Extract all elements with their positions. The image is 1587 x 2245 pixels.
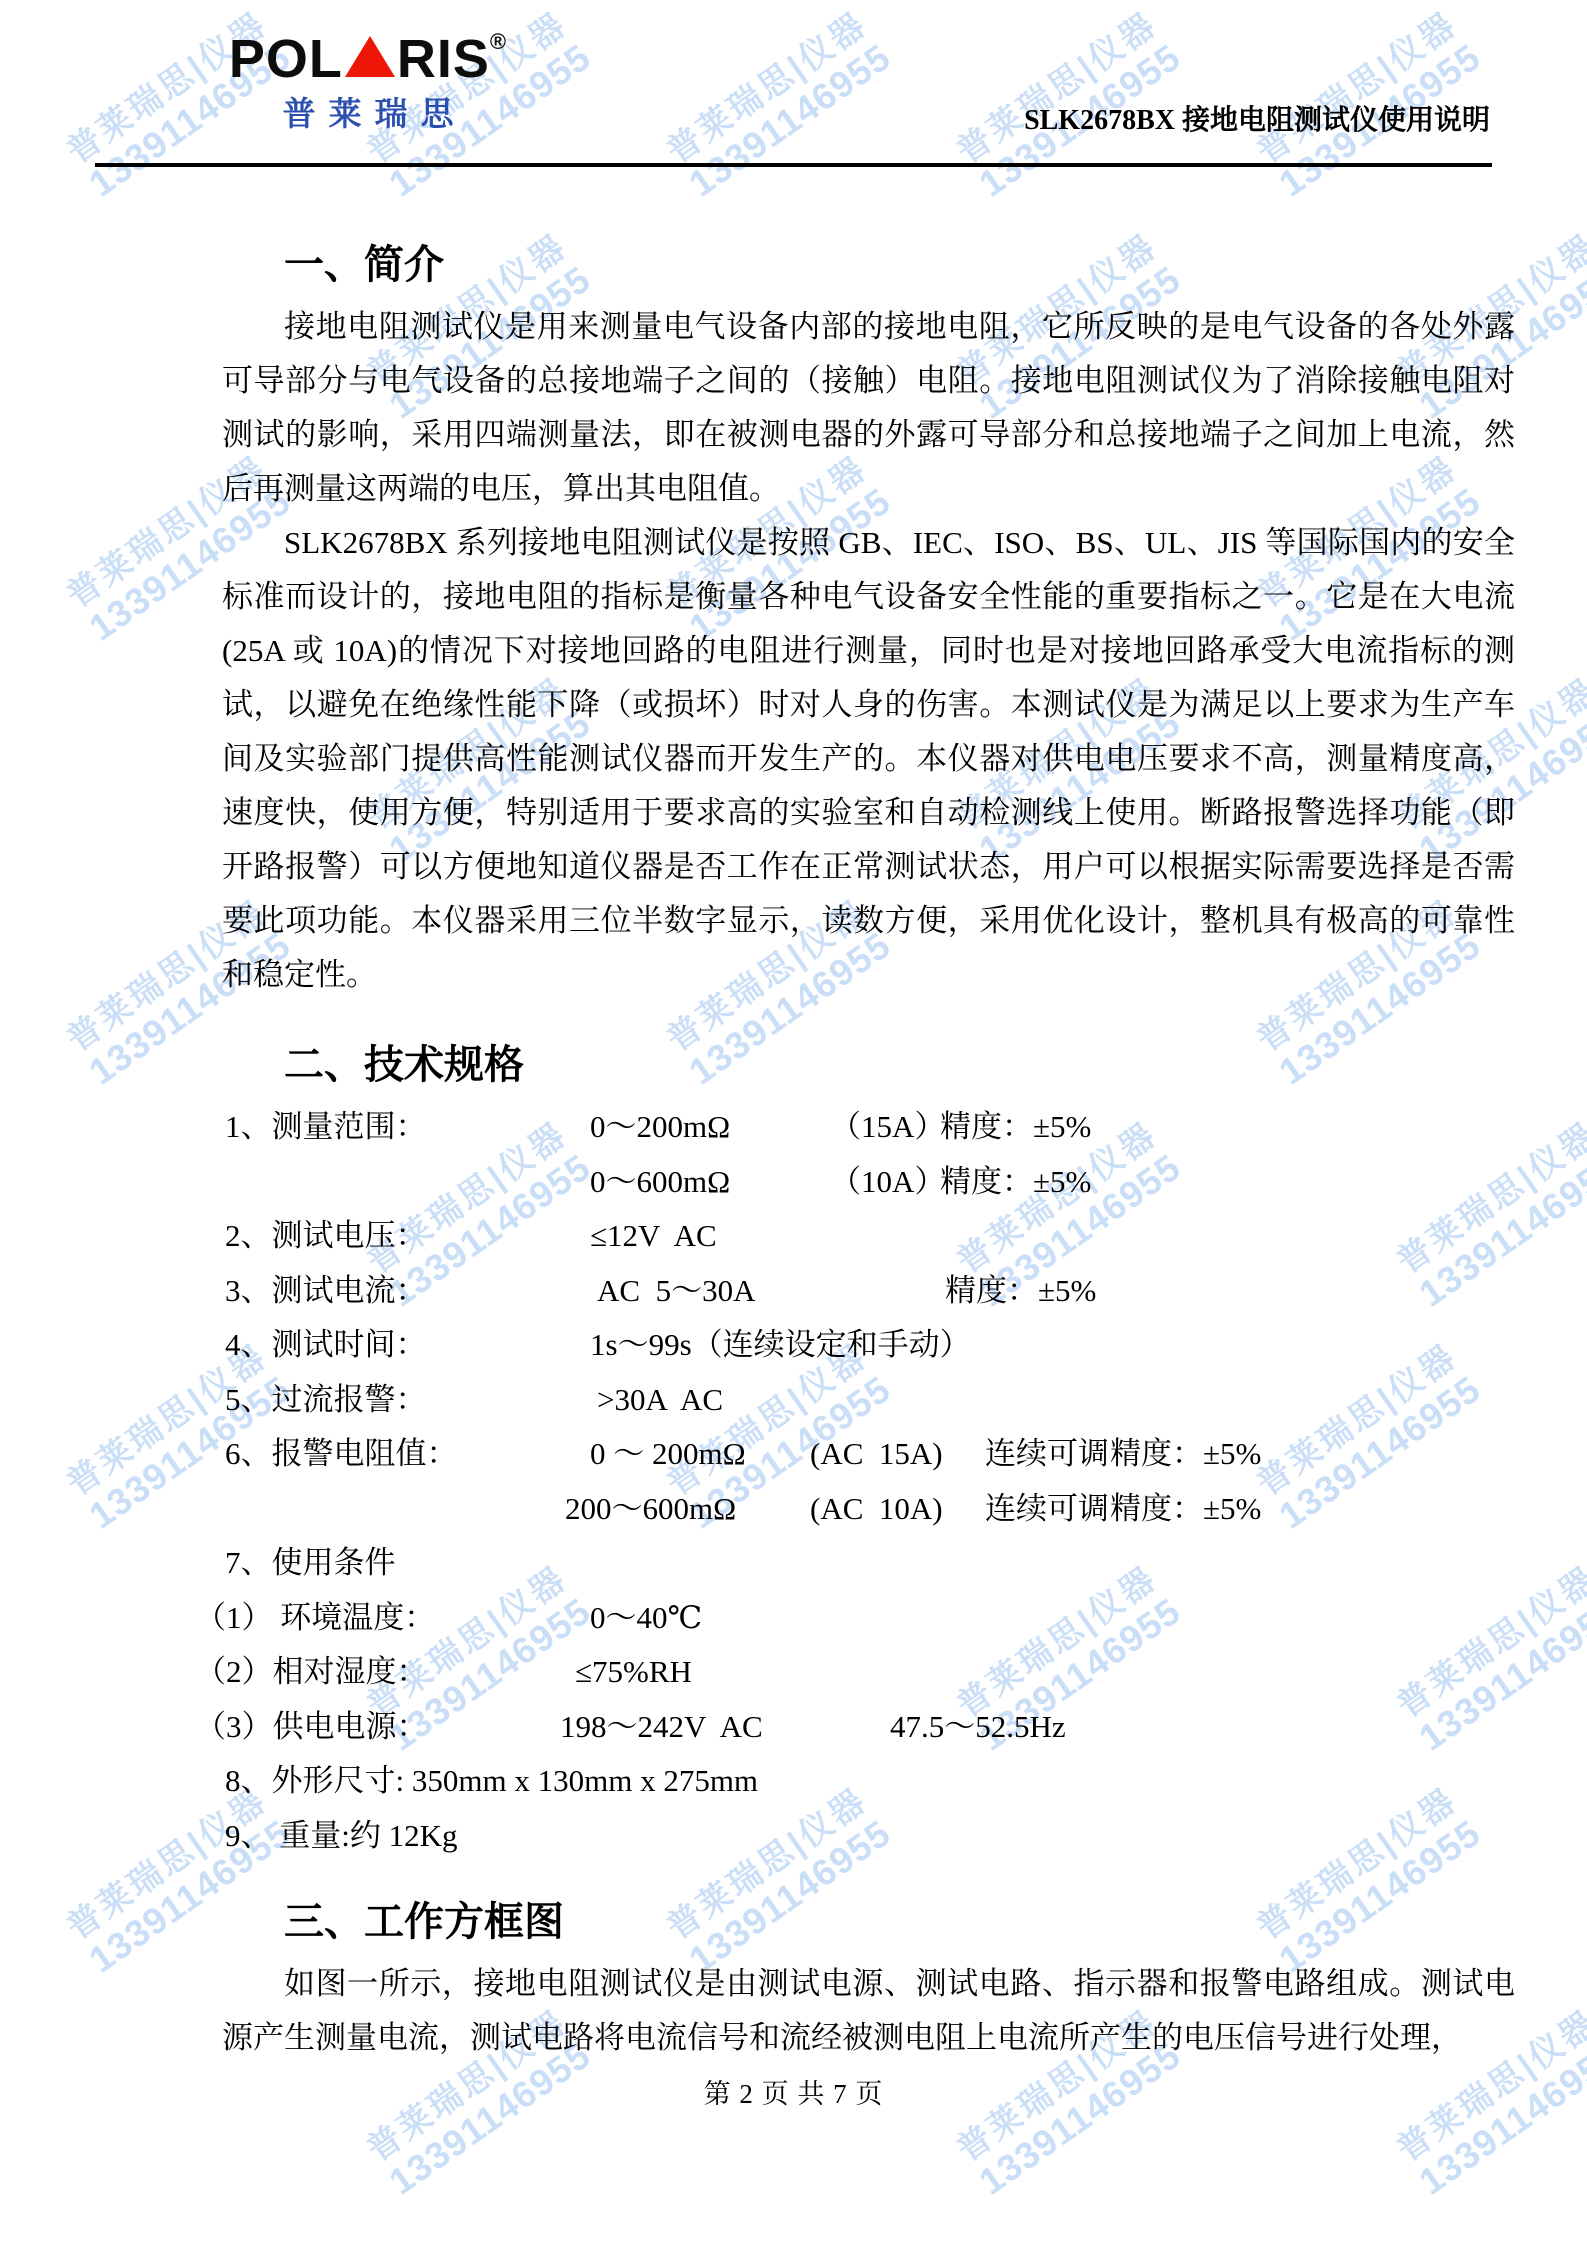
spec-row-test-voltage: 2、测试电压： ≤12V AC [222,1209,1515,1264]
spec-extra: 连续可调 [985,1482,1109,1537]
spec-extra: 连续可调 [985,1427,1109,1482]
spec-label: 7、使用条件 [225,1536,396,1591]
spec-row-overcurrent-alarm: 5、过流报警： >30A AC [222,1373,1515,1428]
logo-text-suffix: RIS [397,29,490,89]
spec-row-measure-range-2: 0～600mΩ （10A） 精度：±5% [222,1155,1515,1210]
spec-value: 200～600mΩ [565,1482,736,1537]
spec-value: 0～40℃ [590,1591,702,1646]
header-divider [95,163,1492,167]
section-heading-specs: 二、技术规格 [284,1042,1515,1088]
spec-label: （2）相对湿度： [195,1645,428,1700]
spec-row-relative-humidity: （2）相对湿度： ≤75%RH [222,1645,1515,1700]
spec-value: 0 ～ 200mΩ [590,1427,746,1482]
spec-label: 9、 重量:约 12Kg [225,1809,458,1864]
polaris-logo: POLRIS® 普莱瑞思 [213,30,523,135]
spec-accuracy: 精度：±5% [1110,1427,1261,1482]
spec-accuracy: 精度：±5% [945,1264,1096,1319]
spec-row-ambient-temperature: （1） 环境温度： 0～40℃ [222,1591,1515,1646]
spec-label: （3）供电电源： [195,1700,428,1755]
intro-paragraph-1: 接地电阻测试仪是用来测量电气设备内部的接地电阻，它所反映的是电气设备的各处外露可… [222,300,1515,516]
spec-condition: (AC 10A) [810,1482,943,1537]
spec-row-alarm-resistance-2: 200～600mΩ (AC 10A) 连续可调 精度：±5% [222,1482,1515,1537]
spec-row-power-supply: （3）供电电源： 198～242V AC 47.5～52.5Hz [222,1700,1515,1755]
page-number: 第 2 页 共 7 页 [704,2079,884,2109]
registered-trademark-icon: ® [490,29,507,54]
spec-list: 1、测量范围： 0～200mΩ （15A） 精度：±5% 0～600mΩ （10… [222,1100,1515,1863]
logo-text-prefix: POL [229,29,343,89]
spec-row-measure-range: 1、测量范围： 0～200mΩ （15A） 精度：±5% [222,1100,1515,1155]
spec-row-dimensions: 8、外形尺寸: 350mm x 130mm x 275mm [222,1754,1515,1809]
spec-accuracy: 精度：±5% [940,1100,1091,1155]
logo-subtitle: 普莱瑞思 [213,88,523,135]
logo-wordmark: POLRIS® [213,30,523,88]
spec-label: 8、外形尺寸: 350mm x 130mm x 275mm [225,1754,758,1809]
spec-condition: （15A） [830,1100,945,1155]
spec-extra: 47.5～52.5Hz [890,1700,1066,1755]
spec-value: ≤12V AC [590,1209,717,1264]
document-body: 一、简介 接地电阻测试仪是用来测量电气设备内部的接地电阻，它所反映的是电气设备的… [222,228,1515,2065]
spec-value: AC 5～30A [597,1264,755,1319]
intro-paragraph-2: SLK2678BX 系列接地电阻测试仪是按照 GB、IEC、ISO、BS、UL、… [222,516,1515,1002]
logo-triangle-icon [345,36,395,77]
section-heading-block-diagram: 三、工作方框图 [284,1899,1515,1945]
spec-label: 5、过流报警： [225,1373,427,1428]
page-content: POLRIS® 普莱瑞思 SLK2678BX 接地电阻测试仪使用说明 一、简介 … [0,0,1587,2245]
spec-row-weight: 9、 重量:约 12Kg [222,1809,1515,1864]
spec-row-test-time: 4、测试时间： 1s～99s（连续设定和手动） [222,1318,1515,1373]
spec-value: 198～242V AC [560,1700,763,1755]
spec-condition: (AC 15A) [810,1427,943,1482]
spec-label: 3、测试电流： [225,1264,427,1319]
spec-label: 6、报警电阻值： [225,1427,458,1482]
spec-value: 1s～99s（连续设定和手动） [590,1318,971,1373]
document-title: SLK2678BX 接地电阻测试仪使用说明 [1024,98,1490,138]
section-heading-intro: 一、简介 [284,242,1515,288]
spec-label: 2、测试电压： [225,1209,427,1264]
spec-row-use-conditions: 7、使用条件 [222,1536,1515,1591]
spec-label: 1、测量范围： [225,1100,427,1155]
spec-accuracy: 精度：±5% [940,1155,1091,1210]
spec-value: ≤75%RH [575,1645,692,1700]
spec-row-alarm-resistance: 6、报警电阻值： 0 ～ 200mΩ (AC 15A) 连续可调 精度：±5% [222,1427,1515,1482]
spec-value: 0～200mΩ [590,1100,730,1155]
page-footer: 第 2 页 共 7 页 [0,2072,1587,2111]
document-page: 普莱瑞思|仪器13391146955普莱瑞思|仪器13391146955普莱瑞思… [0,0,1587,2245]
block-diagram-paragraph: 如图一所示，接地电阻测试仪是由测试电源、测试电路、指示器和报警电路组成。测试电源… [222,1957,1515,2065]
spec-accuracy: 精度：±5% [1110,1482,1261,1537]
spec-label: （1） 环境温度： [195,1591,435,1646]
spec-value: >30A AC [597,1373,723,1428]
spec-row-test-current: 3、测试电流： AC 5～30A 精度：±5% [222,1264,1515,1319]
spec-value: 0～600mΩ [590,1155,730,1210]
spec-condition: （10A） [830,1155,945,1210]
spec-label: 4、测试时间： [225,1318,427,1373]
